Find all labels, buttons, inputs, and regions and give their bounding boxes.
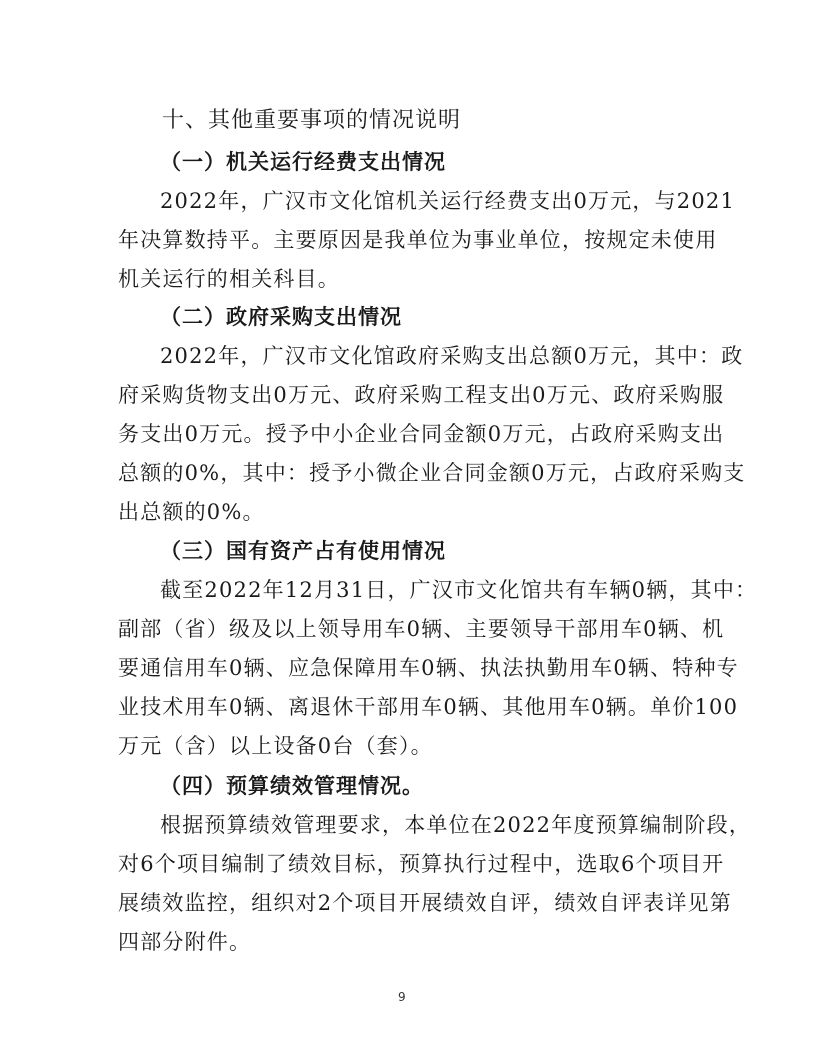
paragraph-line: 对6个项目编制了绩效目标，预算执行过程中，选取6个项目开 [118,849,708,879]
paragraph-line: 2022年，广汉市文化馆机关运行经费支出0万元，与2021 [160,186,750,216]
document-page: 十、其他重要事项的情况说明 （一）机关运行经费支出情况 2022年，广汉市文化馆… [0,0,815,1055]
paragraph-line: 展绩效监控，组织对2个项目开展绩效自评，绩效自评表详见第 [118,888,708,918]
paragraph-line: 业技术用车0辆、离退休干部用车0辆、其他用车0辆。单价100 [118,692,708,722]
paragraph-line: 总额的0%，其中：授予小微企业合同金额0万元，占政府采购支 [118,458,708,488]
paragraph-line: 年决算数持平。主要原因是我单位为事业单位，按规定未使用 [118,225,708,255]
subsection-heading-1: （一）机关运行经费支出情况 [160,147,750,177]
paragraph-line: 要通信用车0辆、应急保障用车0辆、执法执勤用车0辆、特种专 [118,653,708,683]
paragraph-line: 根据预算绩效管理要求，本单位在2022年度预算编制阶段， [160,810,750,840]
paragraph-line: 府采购货物支出0万元、政府采购工程支出0万元、政府采购服 [118,380,708,410]
subsection-heading-4: （四）预算绩效管理情况。 [160,771,750,801]
page-number: 9 [398,990,406,1004]
paragraph-line: 出总额的0%。 [118,497,708,527]
paragraph-line: 务支出0万元。授予中小企业合同金额0万元，占政府采购支出 [118,419,708,449]
paragraph-line: 副部（省）级及以上领导用车0辆、主要领导干部用车0辆、机 [118,614,708,644]
paragraph-line: 机关运行的相关科目。 [118,264,708,294]
paragraph-line: 四部分附件。 [118,927,708,957]
subsection-heading-3: （三）国有资产占有使用情况 [160,536,750,566]
paragraph-line: 截至2022年12月31日，广汉市文化馆共有车辆0辆，其中： [160,575,750,605]
subsection-heading-2: （二）政府采购支出情况 [160,302,750,332]
section-title: 十、其他重要事项的情况说明 [162,106,752,136]
paragraph-line: 2022年，广汉市文化馆政府采购支出总额0万元，其中：政 [160,341,750,371]
paragraph-line: 万元（含）以上设备0台（套）。 [118,731,708,761]
